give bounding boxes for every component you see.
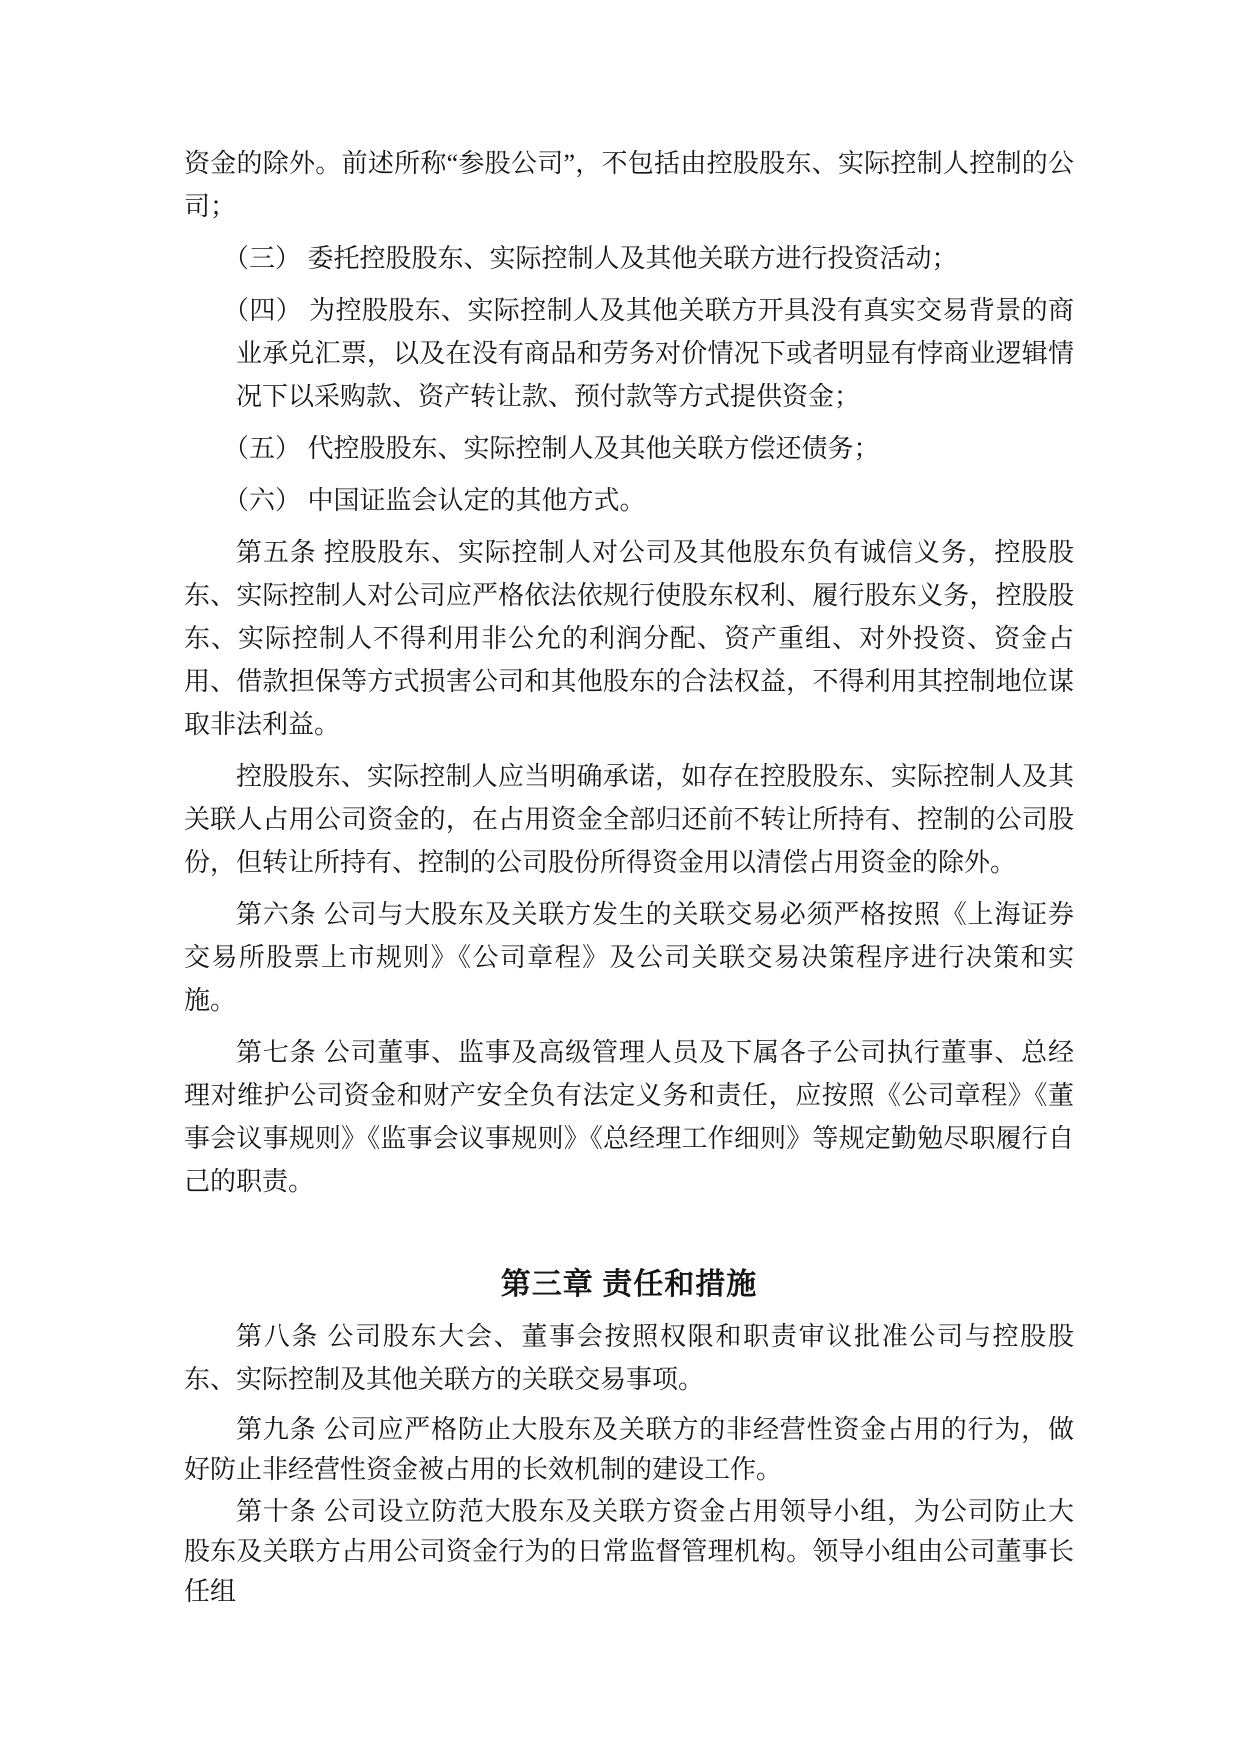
article-6: 第六条 公司与大股东及关联方发生的关联交易必须严格按照《上海证券交易所股票上市规… xyxy=(184,893,1074,1022)
list-item-3: （三） 委托控股股东、实际控制人及其他关联方进行投资活动； xyxy=(184,237,1074,280)
document-page: 资金的除外。前述所称“参股公司”，不包括由控股股东、实际控制人控制的公司； （三… xyxy=(0,0,1240,1754)
list-item-5: （五） 代控股股东、实际控制人及其他关联方偿还债务； xyxy=(184,427,1074,470)
list-item-4: （四） 为控股股东、实际控制人及其他关联方开具没有真实交易背景的商业承兑汇票，以… xyxy=(184,289,1074,418)
article-7: 第七条 公司董事、监事及高级管理人员及下属各子公司执行董事、总经理对维护公司资金… xyxy=(184,1031,1074,1203)
chapter-heading: 第三章 责任和措施 xyxy=(184,1267,1074,1303)
article-5-continuation: 控股股东、实际控制人应当明确承诺，如存在控股股东、实际控制人及其关联人占用公司资… xyxy=(184,755,1074,884)
paragraph-continuation: 资金的除外。前述所称“参股公司”，不包括由控股股东、实际控制人控制的公司； xyxy=(184,142,1074,228)
article-10: 第十条 公司设立防范大股东及关联方资金占用领导小组，为公司防止大股东及关联方占用… xyxy=(184,1492,1074,1612)
article-8: 第八条 公司股东大会、董事会按照权限和职责审议批准公司与控股股东、实际控制及其他… xyxy=(184,1315,1074,1401)
article-5: 第五条 控股股东、实际控制人对公司及其他股东负有诚信义务，控股股东、实际控制人对… xyxy=(184,531,1074,746)
list-item-6: （六） 中国证监会认定的其他方式。 xyxy=(184,479,1074,522)
document-body: 资金的除外。前述所称“参股公司”，不包括由控股股东、实际控制人控制的公司； （三… xyxy=(184,142,1074,1614)
article-9: 第九条 公司应严格防止大股东及关联方的非经营性资金占用的行为，做好防止非经营性资… xyxy=(184,1410,1074,1490)
